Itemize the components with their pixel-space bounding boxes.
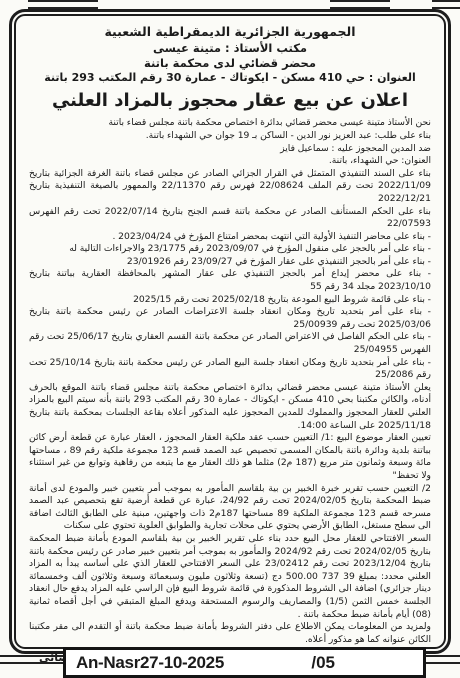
notice-title: اعلان عن بيع عقار محجوز بالمزاد العلني — [29, 90, 431, 111]
publication-name-date: An-Nasr27-10-2025 — [66, 653, 224, 673]
notice-paragraph: - بناء على محضر إيداع أمر بالحجز التنفيذ… — [29, 268, 431, 293]
newspaper-legal-notice-scan: الجمهورية الجزائرية الديمقراطية الشعبية … — [0, 0, 460, 678]
bailiff-header: محضر قضائي لدى محكمة باتنة — [29, 56, 431, 71]
notice-paragraph: - بناء على محاضر التنفيذ الأولية التي ان… — [29, 231, 431, 244]
notice-paragraph: بناء على الحكم المستأنف الصادر عن محكمة … — [29, 206, 431, 231]
notice-paragraph: ضد المدين المحجوز عليه : سماعيل فايز — [29, 143, 431, 156]
notice-paragraph: - بناء على أمر بتحديد تاريخ ومكان انعقاد… — [29, 357, 431, 382]
notice-border-frame: الجمهورية الجزائرية الديمقراطية الشعبية … — [9, 9, 451, 654]
notice-paragraph: بناء على طلب: عبد العزيز نور الدين - الس… — [29, 130, 431, 143]
publication-footer: An-Nasr27-10-2025 /05 — [63, 647, 426, 678]
notice-paragraph: العنوان: حي الشهداء، باتنة. — [29, 155, 431, 168]
notice-border-frame-inner: الجمهورية الجزائرية الديمقراطية الشعبية … — [14, 14, 446, 649]
scan-edge-mark — [330, 0, 390, 9]
notice-paragraph: نحن الأستاذ متينة عيسى محضر قضائي بدائرة… — [29, 117, 431, 130]
address-header: العنوان : حي 410 مسكن - ايكوتاك - عمارة … — [29, 71, 431, 86]
republic-header: الجمهورية الجزائرية الديمقراطية الشعبية — [29, 24, 431, 41]
notice-paragraph: بناء على السند التنفيذي المتمثل في القرا… — [29, 168, 431, 206]
notice-paragraph: 2/ التعيين حسب تقرير خبرة الخبير بن بية … — [29, 483, 431, 533]
notice-paragraph: - بناء على أمر بالحجز التنفيذي على عقار … — [29, 256, 431, 269]
notice-paragraph: يعلن الأستاذ متينة عيسى محضر قضائي بدائر… — [29, 382, 431, 432]
notice-paragraph: - بناء على أمر بالحجز على منقول المؤرخ ف… — [29, 243, 431, 256]
notice-paragraph: - بناء على الحكم الفاصل في الاعتراض الصا… — [29, 331, 431, 356]
notice-paragraph: تعيين العقار موضوع البيع :1/ التعيين حسب… — [29, 432, 431, 482]
notice-paragraph: - بناء على أمر بتحديد تاريخ ومكان انعقاد… — [29, 306, 431, 331]
scan-edge-mark — [432, 0, 460, 9]
notice-paragraph: - بناء على قائمة شروط البيع المودعة بتار… — [29, 294, 431, 307]
notice-content: الجمهورية الجزائرية الديمقراطية الشعبية … — [16, 16, 444, 647]
page-number: /05 — [311, 653, 335, 673]
notice-body: نحن الأستاذ متينة عيسى محضر قضائي بدائرة… — [29, 117, 431, 646]
scan-edge-mark — [28, 0, 98, 9]
office-header: مكتب الأستاذ : متينة عيسى — [29, 41, 431, 56]
notice-paragraph: السعر الافتتاحي للعقار محل البيع حدد بنا… — [29, 533, 431, 621]
notice-paragraph: ولمزيد من المعلومات يمكن الاطلاع على دفت… — [29, 621, 431, 646]
